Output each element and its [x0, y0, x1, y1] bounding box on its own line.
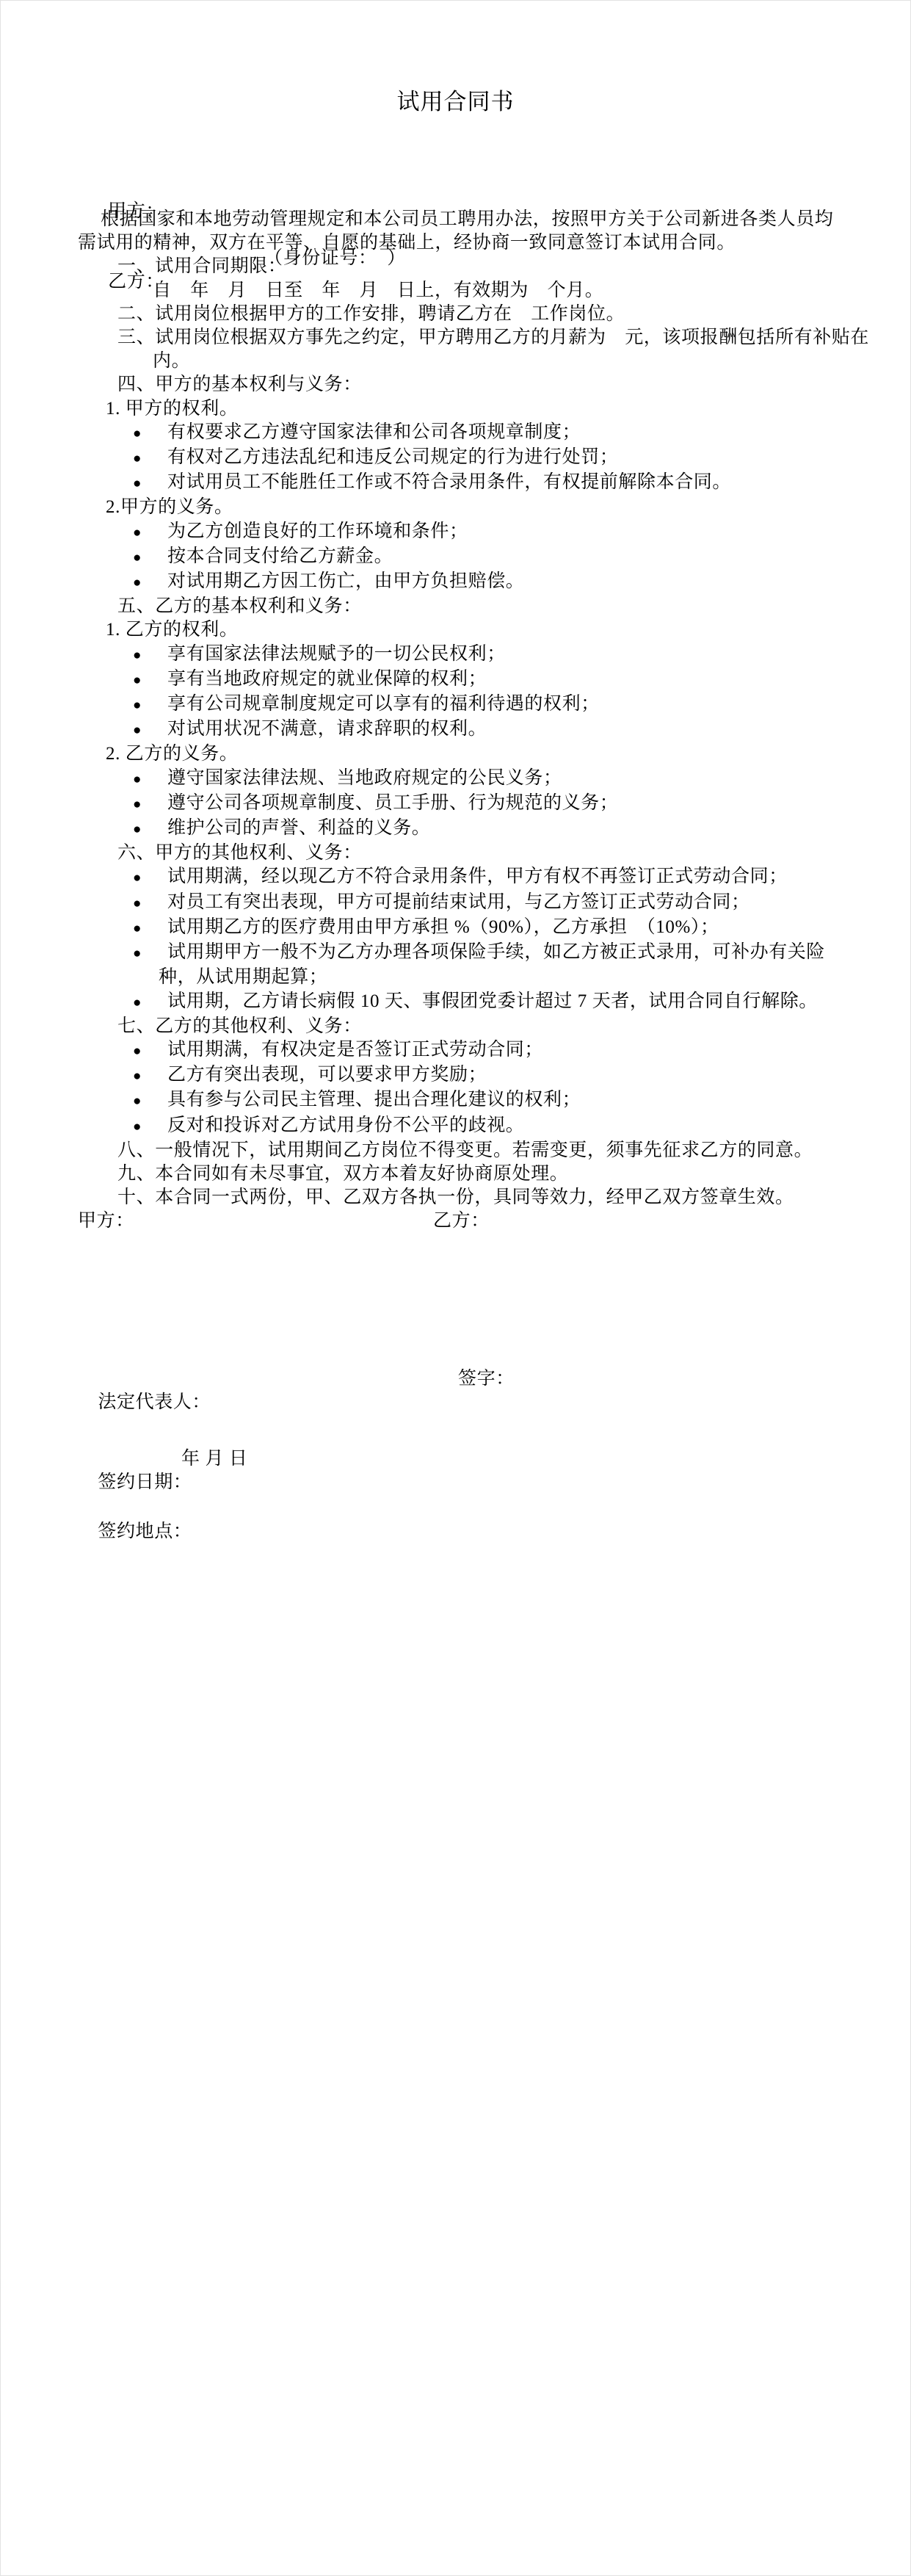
bullet-icon: ●	[133, 719, 167, 742]
contract-line: ●试用期满，有权决定是否签订正式劳动合同；	[78, 1038, 871, 1063]
sign-date-label: 签约日期：	[98, 1472, 192, 1492]
contract-line: ●试用期满，经以现乙方不符合录用条件，甲方有权不再签订正式劳动合同；	[78, 865, 871, 890]
bullet-icon: ●	[133, 917, 167, 941]
contract-line: ●遵守公司各项规章制度、员工手册、行为规范的义务；	[78, 792, 871, 817]
contract-line: ●反对和投诉对乙方试用身份不公平的歧视。	[78, 1114, 871, 1139]
contract-line-text: 具有参与公司民主管理、提出合理化建议的权利；	[167, 1090, 581, 1110]
contract-line-text: 对试用员工不能胜任工作或不符合录用条件，有权提前解除本合同。	[167, 472, 731, 492]
contract-line: 1. 乙方的权利。	[78, 618, 871, 642]
bullet-icon: ●	[133, 768, 167, 792]
document-title: 试用合同书	[0, 89, 911, 115]
contract-line: ●为乙方创造良好的工作环境和条件；	[78, 520, 871, 545]
contract-line-text: 对试用期乙方因工伤亡，由甲方负担赔偿。	[167, 571, 524, 591]
bullet-icon: ●	[133, 793, 167, 817]
contract-line-text: 享有国家法律法规赋予的一切公民权利；	[167, 644, 506, 664]
contract-line: ●对试用状况不满意，请求辞职的权利。	[78, 717, 871, 742]
contract-line: 甲方：乙方：	[78, 1209, 871, 1233]
bullet-icon: ●	[133, 571, 167, 595]
contract-line-text: 维护公司的声誉、利益的义务。	[167, 818, 430, 838]
party-a-line: 甲方：	[78, 176, 833, 199]
contract-line: 八、一般情况下，试用期间乙方岗位不得变更。若需变更，须事先征求乙方的同意。	[78, 1139, 871, 1162]
contract-line: 九、本合同如有未尽事宜，双方本着友好协商原处理。	[78, 1162, 871, 1186]
contract-line-text: 享有公司规章制度规定可以享有的福利待遇的权利；	[167, 694, 600, 714]
contract-line-text: 按本合同支付给乙方薪金。	[167, 546, 393, 566]
contract-line: 2.甲方的义务。	[78, 496, 871, 519]
contract-line: ●维护公司的声誉、利益的义务。	[78, 817, 871, 842]
contract-line-text: 自 年 月 日至 年 月 日上，有效期为 个月。	[153, 281, 603, 300]
contract-line: 六、甲方的其他权利、义务：	[78, 842, 871, 865]
contract-line-text: 对试用状况不满意，请求辞职的权利。	[167, 719, 487, 739]
contract-line-text: 试用期甲方一般不为乙方办理各项保险手续，如乙方被正式录用，可补办有关险	[167, 942, 825, 962]
contract-line-text: 内。	[153, 351, 190, 371]
contract-line: ●试用期，乙方请长病假 10 天、事假团党委计超过 7 天者，试用合同自行解除。	[78, 990, 871, 1015]
contract-line-text: 五、乙方的基本权利和义务：	[117, 596, 362, 616]
contract-line-text: 种，从试用期起算；	[159, 967, 327, 987]
contract-line: 二、试用岗位根据甲方的工作安排，聘请乙方在 工作岗位。	[78, 303, 871, 326]
contract-line-text: 甲方：	[78, 1211, 134, 1231]
contract-line-text: 六、甲方的其他权利、义务：	[117, 843, 362, 863]
sign-label: 签字：	[458, 1367, 515, 1391]
bullet-icon: ●	[133, 1040, 167, 1063]
contract-line: 种，从试用期起算；	[78, 966, 871, 989]
contract-line: 需试用的精神，双方在平等、自愿的基础上，经协商一致同意签订本试用合同。	[78, 231, 871, 255]
contract-line-text: 2. 乙方的义务。	[106, 744, 238, 764]
bullet-icon: ●	[133, 892, 167, 916]
contract-line-text: 对员工有突出表现，甲方可提前结束试用，与乙方签订正式劳动合同；	[167, 892, 750, 912]
contract-line: 三、试用岗位根据双方事先之约定，甲方聘用乙方的月薪为 元，该项报酬包括所有补贴在	[78, 326, 871, 350]
contract-line-text: 四、甲方的基本权利与义务：	[117, 375, 362, 394]
contract-line-text: 九、本合同如有未尽事宜，双方本着友好协商原处理。	[117, 1164, 568, 1184]
contract-line: ●对试用期乙方因工伤亡，由甲方负担赔偿。	[78, 570, 871, 595]
contract-line-text: 反对和投诉对乙方试用身份不公平的歧视。	[167, 1115, 524, 1135]
contract-line: 七、乙方的其他权利、义务：	[78, 1015, 871, 1038]
contract-line-text: 有权要求乙方遵守国家法律和公司各项规章制度；	[167, 422, 581, 442]
contract-line-text: 享有当地政府规定的就业保障的权利；	[167, 669, 487, 689]
contract-line: 2. 乙方的义务。	[78, 742, 871, 766]
contract-line: ●乙方有突出表现，可以要求甲方奖励；	[78, 1063, 871, 1088]
bullet-icon: ●	[133, 991, 167, 1015]
contract-line: ●有权要求乙方遵守国家法律和公司各项规章制度；	[78, 421, 871, 446]
contract-line-text: 二、试用岗位根据甲方的工作安排，聘请乙方在 工作岗位。	[117, 304, 625, 324]
contract-body: 根据国家和本地劳动管理规定和本公司员工聘用办法，按照甲方关于公司新进各类人员均需…	[78, 208, 871, 1234]
contract-line: ●按本合同支付给乙方薪金。	[78, 545, 871, 570]
bullet-icon: ●	[133, 1065, 167, 1088]
bullet-icon: ●	[133, 818, 167, 842]
contract-line: ●试用期乙方的医疗费用由甲方承担 %（90%），乙方承担 （10%）；	[78, 916, 871, 941]
contract-line-text: 有权对乙方违法乱纪和违反公司规定的行为进行处罚；	[167, 447, 618, 467]
sign-date-value: 年 月 日	[181, 1447, 248, 1471]
contract-line-text: 试用期，乙方请长病假 10 天、事假团党委计超过 7 天者，试用合同自行解除。	[167, 991, 818, 1011]
contract-line: 一、试用合同期限：	[78, 255, 871, 278]
contract-line-text: 遵守国家法律法规、当地政府规定的公民义务；	[167, 768, 562, 788]
contract-line-text: 根据国家和本地劳动管理规定和本公司员工聘用办法，按照甲方关于公司新进各类人员均	[101, 209, 833, 229]
bullet-icon: ●	[133, 521, 167, 545]
contract-line: ●对试用员工不能胜任工作或不符合录用条件，有权提前解除本合同。	[78, 471, 871, 496]
contract-line-text: 试用期满，有权决定是否签订正式劳动合同；	[167, 1040, 543, 1060]
contract-line-text: 2.甲方的义务。	[106, 497, 233, 517]
bullet-icon: ●	[133, 447, 167, 471]
contract-line-text: 1. 甲方的权利。	[106, 399, 238, 419]
contract-line: ●享有公司规章制度规定可以享有的福利待遇的权利；	[78, 692, 871, 717]
contract-line: 五、乙方的基本权利和义务：	[78, 595, 871, 618]
contract-line-text: 遵守公司各项规章制度、员工手册、行为规范的义务；	[167, 793, 618, 813]
contract-line: ●有权对乙方违法乱纪和违反公司规定的行为进行处罚；	[78, 446, 871, 471]
contract-line: 根据国家和本地劳动管理规定和本公司员工聘用办法，按照甲方关于公司新进各类人员均	[78, 208, 871, 231]
bullet-icon: ●	[133, 644, 167, 667]
legal-rep-label: 法定代表人：	[98, 1392, 211, 1412]
contract-line: ●享有当地政府规定的就业保障的权利；	[78, 667, 871, 692]
contract-line: 内。	[78, 350, 871, 373]
contract-line-text: 七、乙方的其他权利、义务：	[117, 1016, 362, 1036]
contract-line-text: 试用期满，经以现乙方不符合录用条件，甲方有权不再签订正式劳动合同；	[167, 866, 788, 886]
bullet-icon: ●	[133, 694, 167, 717]
contract-line: ●具有参与公司民主管理、提出合理化建议的权利；	[78, 1088, 871, 1113]
sign-place-line: 签约地点：	[78, 1497, 833, 1568]
contract-line-text: 乙方有突出表现，可以要求甲方奖励；	[167, 1065, 487, 1085]
contract-page: 试用合同书 甲方： 乙方： （身份证号： ） 根据国家和本地劳动管理规定和本公司…	[0, 0, 911, 2576]
bullet-icon: ●	[133, 472, 167, 496]
contract-line-col2: 乙方：	[433, 1209, 490, 1233]
contract-line: ●遵守国家法律法规、当地政府规定的公民义务；	[78, 767, 871, 792]
contract-line-text: 十、本合同一式两份，甲、乙双方各执一份，具同等效力，经甲乙双方签章生效。	[117, 1187, 794, 1207]
contract-line-text: 八、一般情况下，试用期间乙方岗位不得变更。若需变更，须事先征求乙方的同意。	[117, 1140, 813, 1160]
contract-line-text: 一、试用合同期限：	[117, 256, 286, 276]
bullet-icon: ●	[133, 546, 167, 570]
bullet-icon: ●	[133, 669, 167, 692]
contract-line-text: 三、试用岗位根据双方事先之约定，甲方聘用乙方的月薪为 元，该项报酬包括所有补贴在	[117, 328, 869, 347]
contract-line: 四、甲方的基本权利与义务：	[78, 373, 871, 397]
contract-line: 1. 甲方的权利。	[78, 397, 871, 421]
contract-line-text: 为乙方创造良好的工作环境和条件；	[167, 521, 468, 541]
contract-line: ●对员工有突出表现，甲方可提前结束试用，与乙方签订正式劳动合同；	[78, 891, 871, 916]
sign-place-label: 签约地点：	[98, 1522, 192, 1541]
bullet-icon: ●	[133, 1115, 167, 1139]
contract-line: ●享有国家法律法规赋予的一切公民权利；	[78, 643, 871, 667]
bullet-icon: ●	[133, 422, 167, 446]
bullet-icon: ●	[133, 942, 167, 966]
contract-line: 十、本合同一式两份，甲、乙双方各执一份，具同等效力，经甲乙双方签章生效。	[78, 1186, 871, 1209]
contract-line: 自 年 月 日至 年 月 日上，有效期为 个月。	[78, 279, 871, 303]
contract-line-text: 试用期乙方的医疗费用由甲方承担 %（90%），乙方承担 （10%）；	[167, 917, 719, 937]
contract-line-text: 1. 乙方的权利。	[106, 620, 238, 640]
bullet-icon: ●	[133, 1090, 167, 1113]
bullet-icon: ●	[133, 866, 167, 890]
contract-line: ●试用期甲方一般不为乙方办理各项保险手续，如乙方被正式录用，可补办有关险	[78, 941, 871, 966]
contract-line-text: 需试用的精神，双方在平等、自愿的基础上，经协商一致同意签订本试用合同。	[78, 233, 736, 253]
